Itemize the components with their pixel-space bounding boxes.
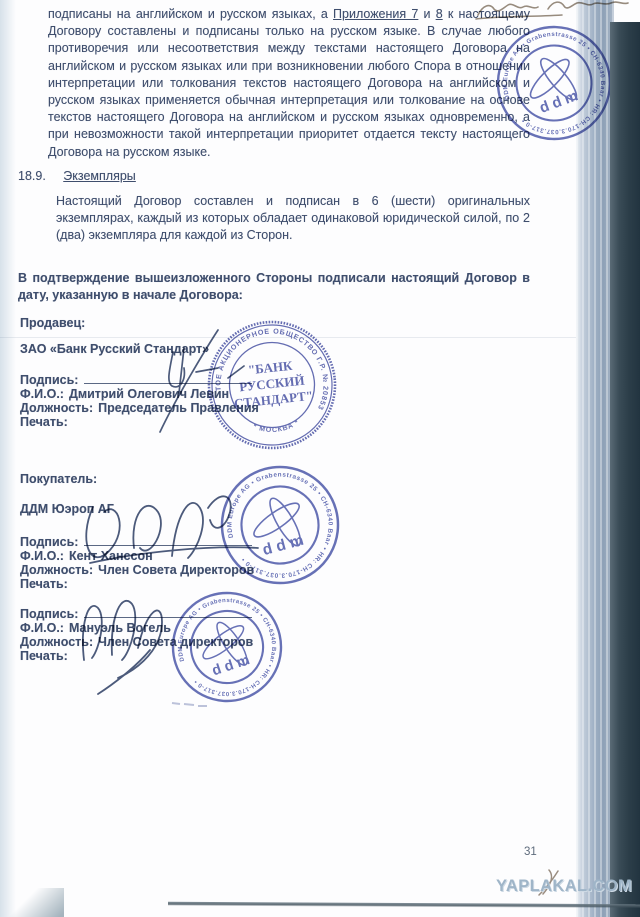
seal-city-text: * МОСКВА * <box>251 418 301 436</box>
section-body-paragraph: Настоящий Договор составлен и подписан в… <box>56 193 530 245</box>
seller-company-name: ЗАО «Банк Русский Стандарт» <box>20 342 209 357</box>
stamp-outer-ring <box>495 24 613 142</box>
name-label: Ф.И.О.: <box>20 621 64 635</box>
stamp-ring-text: DDM Europe AG • Grabenstrasse 25 • CH-63… <box>495 24 613 142</box>
ddm-europe-stamp-buyer-2: DDM Europe AG • Grabenstrasse 25 • CH-63… <box>170 590 284 704</box>
stamp-outer-ring <box>217 462 343 588</box>
clause-text: к настоящему Договору составлены и подпи… <box>48 7 530 159</box>
appendix-8-reference: 8 <box>436 7 443 21</box>
seller-role-label: Продавец: <box>20 316 85 331</box>
position-label: Должность: <box>20 401 93 415</box>
stamp-outer-ring <box>170 590 284 704</box>
bottom-left-corner-shadow <box>0 888 64 917</box>
seller-name-row: Ф.И.О.:Дмитрий Олегович Левин <box>20 387 229 402</box>
page-number: 31 <box>524 846 537 858</box>
clause-text: и <box>418 7 435 21</box>
clause-language-paragraph: подписаны на английском и русском языках… <box>48 6 530 161</box>
confirmation-paragraph: В подтверждение вышеизложенного Стороны … <box>18 270 530 304</box>
buyer-name-row-1: Ф.И.О.:Кент Ханссон <box>20 549 153 564</box>
clause-text: подписаны на английском и русском языках… <box>48 7 333 21</box>
buyer-person-name-1: Кент Ханссон <box>69 549 153 563</box>
section-heading: 18.9. Экземпляры <box>18 169 136 184</box>
name-label: Ф.И.О.: <box>20 387 64 401</box>
buyer-company-name: ДДМ Юэроп АГ <box>20 502 114 517</box>
signature-label: Подпись: <box>20 607 78 621</box>
ddm-europe-stamp-buyer-1: DDM Europe AG • Grabenstrasse 25 • CH-63… <box>217 462 343 588</box>
buyer-seal-label-1: Печать: <box>20 577 68 592</box>
name-label: Ф.И.О.: <box>20 549 64 563</box>
section-number: 18.9. <box>18 169 46 183</box>
seller-seal-label: Печать: <box>20 415 68 430</box>
signature-label: Подпись: <box>20 373 78 387</box>
seal-center-text: "БАНК РУССКИЙ СТАНДАРТ" <box>230 356 314 411</box>
stamp-ring-text: DDM Europe AG • Grabenstrasse 25 • CH-63… <box>217 462 343 588</box>
position-label: Должность: <box>20 635 93 649</box>
section-title: Экземпляры <box>63 169 136 183</box>
scanned-document-page: подписаны на английском и русском языках… <box>0 0 640 917</box>
buyer-seal-label-2: Печать: <box>20 649 68 664</box>
buyer-role-label: Покупатель: <box>20 472 97 487</box>
bank-russky-standart-seal-stamp: ЗАКРЫТОЕ АКЦИОНЕРНОЕ ОБЩЕСТВО Г.Р. № 208… <box>205 318 339 452</box>
signature-label: Подпись: <box>20 535 78 549</box>
appendix-7-reference: Приложения 7 <box>333 7 418 21</box>
watermark-text: YAPLAKAL.COM <box>496 877 632 896</box>
buyer-person-name-2: Мануэль Вогель <box>69 621 171 635</box>
stamp-ring-text: DDM Europe AG • Grabenstrasse 25 • CH-63… <box>170 590 284 704</box>
ddm-europe-stamp-top: DDM Europe AG • Grabenstrasse 25 • CH-63… <box>495 24 613 142</box>
position-label: Должность: <box>20 563 93 577</box>
page-edge-dark-band <box>610 22 640 917</box>
buyer-name-row-2: Ф.И.О.:Мануэль Вогель <box>20 621 171 636</box>
